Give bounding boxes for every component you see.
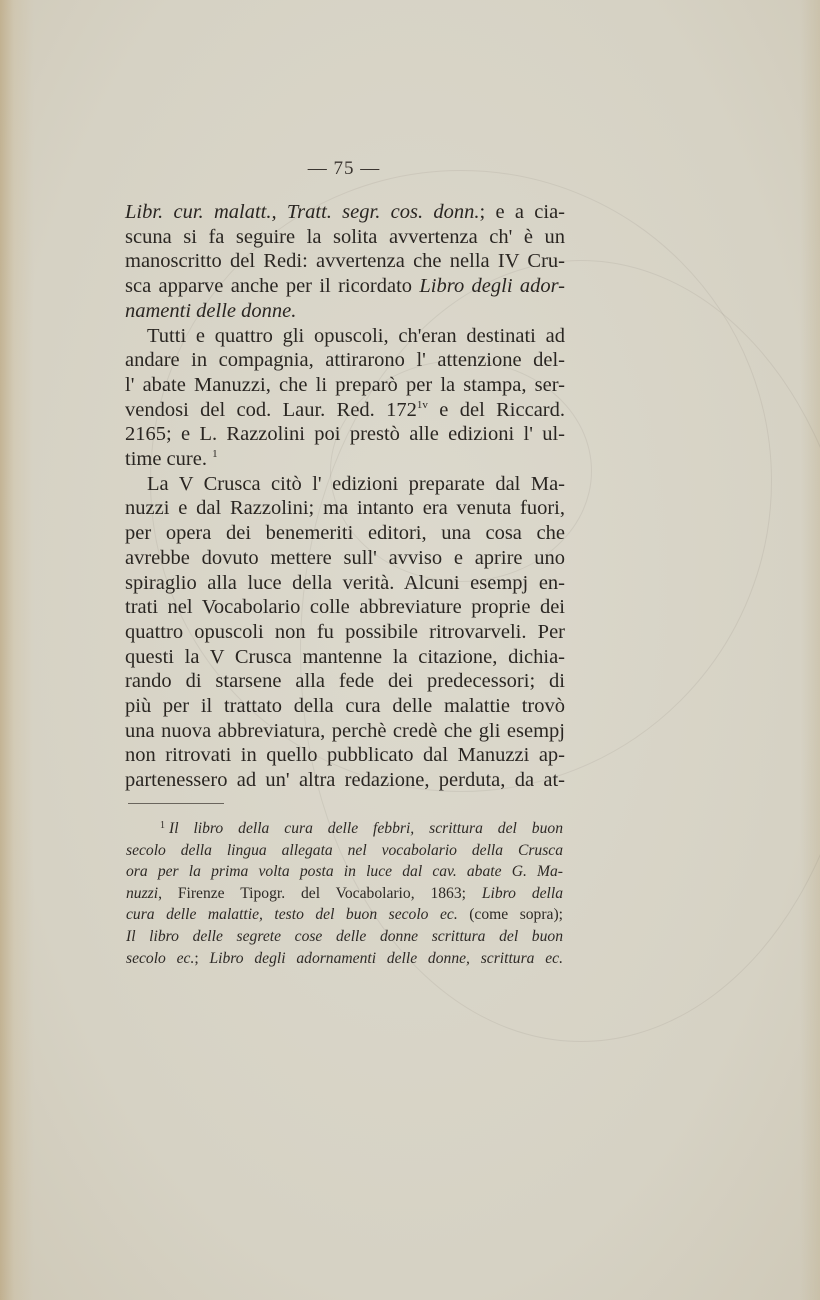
- italic-text: cura delle malattie, testo del buon seco…: [126, 906, 458, 923]
- text: (come sopra);: [458, 906, 563, 923]
- italic-text: Libro degli adornamenti delle donne, scr…: [210, 950, 563, 967]
- text-line: La V Crusca citò l' edizioni preparate d…: [125, 472, 565, 497]
- text: ;: [194, 950, 209, 967]
- italic-text: secolo ec.: [126, 950, 194, 967]
- italic-text: Il libro delle segrete cose delle donne …: [126, 928, 563, 945]
- paragraph: La V Crusca citò l' edizioni preparate d…: [125, 472, 565, 793]
- text: sca apparve anche per il ricordato: [125, 275, 419, 297]
- text-line: l' abate Manuzzi, che li preparò per la …: [125, 373, 565, 398]
- text-line: manoscritto del Redi: avvertenza che nel…: [125, 249, 565, 274]
- book-page: — 75 — Libr. cur. malatt., Tratt. segr. …: [0, 0, 820, 1300]
- text-line: 2165; e L. Razzolini poi prestò alle edi…: [125, 422, 565, 447]
- page-number: — 75 —: [0, 158, 688, 180]
- text-line: andare in compagnia, attirarono l' atten…: [125, 348, 565, 373]
- body-text: Libr. cur. malatt., Tratt. segr. cos. do…: [125, 200, 565, 793]
- text-line: Tutti e quattro gli opuscoli, ch'eran de…: [125, 324, 565, 349]
- footnote-mark: 1: [160, 820, 165, 831]
- text: time cure.: [125, 448, 207, 470]
- italic-text: Libr. cur. malatt., Tratt. segr. cos. do…: [125, 201, 480, 223]
- text-line: rando di starsene alla fede dei predeces…: [125, 669, 565, 694]
- text: e del Riccard.: [428, 399, 565, 421]
- italic-text: namenti delle donne.: [125, 300, 296, 322]
- text-line: partenessero ad un' altra redazione, per…: [125, 768, 565, 793]
- text-line: scuna si fa seguire la solita avvertenza…: [125, 225, 565, 250]
- italic-text: ora per la prima volta posta in luce dal…: [126, 863, 563, 880]
- italic-text: Libro della: [482, 885, 563, 902]
- superscript: 1v: [417, 399, 428, 411]
- italic-text: Libro degli ador-: [419, 275, 565, 297]
- text-line: avrebbe dovuto mettere sull' avviso e ap…: [125, 546, 565, 571]
- text-line: non ritrovati in quello pubblicato dal M…: [125, 743, 565, 768]
- italic-text: secolo della lingua allegata nel vocabol…: [126, 842, 563, 859]
- text-line: questi la V Crusca mantenne la citazione…: [125, 645, 565, 670]
- text-line: quattro opuscoli non fu possibile ritrov…: [125, 620, 565, 645]
- text-line: più per il trattato della cura delle mal…: [125, 694, 565, 719]
- text-line: per opera dei benemeriti editori, una co…: [125, 521, 565, 546]
- footnote: 1Il libro della cura delle febbri, scrit…: [126, 818, 563, 969]
- italic-text: Il libro della cura delle febbri, scritt…: [169, 820, 563, 837]
- text-line: trati nel Vocabolario colle abbreviature…: [125, 595, 565, 620]
- text: ; e a cia-: [480, 201, 566, 223]
- text-line: nuzzi e dal Razzolini; ma intanto era ve…: [125, 496, 565, 521]
- text: , Firenze Tipogr. del Vocabolario, 1863;: [158, 885, 482, 902]
- italic-text: nuzzi: [126, 885, 158, 902]
- footnote-divider: [128, 803, 224, 804]
- paragraph: Libr. cur. malatt., Tratt. segr. cos. do…: [125, 200, 565, 324]
- text-line: spiraglio alla luce della verità. Alcuni…: [125, 571, 565, 596]
- paragraph: Tutti e quattro gli opuscoli, ch'eran de…: [125, 324, 565, 472]
- footnote-reference: 1: [212, 448, 218, 460]
- text: vendosi del cod. Laur. Red. 172: [125, 399, 417, 421]
- text-line: una nuova abbreviatura, perchè credè che…: [125, 719, 565, 744]
